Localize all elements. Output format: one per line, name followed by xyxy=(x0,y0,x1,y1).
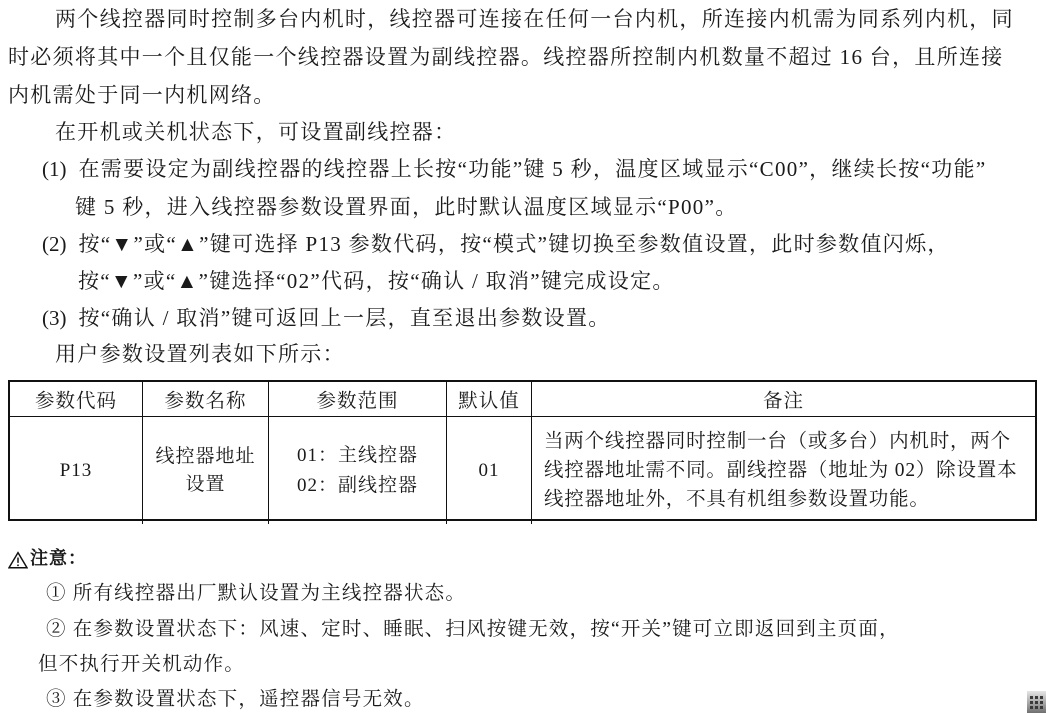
cell-range-text: 01：主线控器 02：副线控器 xyxy=(297,441,418,501)
note-item-1: ① 所有线控器出厂默认设置为主线控器状态。 xyxy=(46,581,466,607)
notice-header: 注意： xyxy=(8,545,87,571)
header-cell-default: 默认值 xyxy=(447,382,532,417)
cell-default: 01 xyxy=(447,417,532,524)
cell-range-line-2: 02：副线控器 xyxy=(297,471,418,501)
grip-dots-icon[interactable] xyxy=(1027,691,1046,713)
intro-line-3: 内机需处于同一内机网络。 xyxy=(8,82,276,108)
note-item-2-continuation: 但不执行开关机动作。 xyxy=(38,652,245,678)
header-cell-remark: 备注 xyxy=(532,382,1035,417)
step-3-text: 按“确认 / 取消”键可返回上一层，直至退出参数设置。 xyxy=(79,306,611,330)
header-cell-range: 参数范围 xyxy=(269,382,447,417)
header-cell-name: 参数名称 xyxy=(143,382,269,417)
step-2-text: 按“▼”或“▲”键可选择 P13 参数代码，按“模式”键切换至参数值设置，此时参… xyxy=(79,232,950,256)
step-2-line-2: 按“▼”或“▲”键选择“02”代码，按“确认 / 取消”键完成设定。 xyxy=(78,268,675,294)
cell-range: 01：主线控器 02：副线控器 xyxy=(269,417,447,524)
table-intro: 用户参数设置列表如下所示： xyxy=(55,341,345,367)
cell-range-line-1: 01：主线控器 xyxy=(297,441,418,471)
notice-label: 注意： xyxy=(30,545,87,571)
subheading: 在开机或关机状态下，可设置副线控器： xyxy=(55,119,456,145)
manual-page: { "intro": { "line1": "两个线控器同时控制多台内机时，线控… xyxy=(0,0,1046,713)
note-item-2: ② 在参数设置状态下：风速、定时、睡眠、扫风按键无效，按“开关”键可立即返回到主… xyxy=(46,617,900,643)
cell-name-line-1: 线控器地址 xyxy=(155,443,255,471)
step-1-text: 在需要设定为副线控器的线控器上长按“功能”键 5 秒，温度区域显示“C00”，继… xyxy=(79,157,987,181)
step-1-line-2: 键 5 秒，进入线控器参数设置界面，此时默认温度区域显示“P00”。 xyxy=(75,194,738,220)
cell-code: P13 xyxy=(10,417,143,524)
step-1-number: (1) xyxy=(42,156,67,182)
header-cell-code: 参数代码 xyxy=(10,382,143,417)
cell-name-text: 线控器地址 设置 xyxy=(155,443,255,499)
note-item-3: ③ 在参数设置状态下，遥控器信号无效。 xyxy=(46,687,425,713)
cell-name: 线控器地址 设置 xyxy=(143,417,269,524)
cell-name-line-2: 设置 xyxy=(155,471,255,499)
step-1-line-1: (1)在需要设定为副线控器的线控器上长按“功能”键 5 秒，温度区域显示“C00… xyxy=(42,156,987,182)
intro-line-2: 时必须将其中一个且仅能一个线控器设置为副线控器。线控器所控制内机数量不超过 16… xyxy=(8,44,1004,70)
intro-line-1: 两个线控器同时控制多台内机时，线控器可连接在任何一台内机，所连接内机需为同系列内… xyxy=(55,6,1014,32)
step-3-line-1: (3)按“确认 / 取消”键可返回上一层，直至退出参数设置。 xyxy=(42,305,611,331)
step-2-number: (2) xyxy=(42,231,67,257)
step-2-line-1: (2)按“▼”或“▲”键可选择 P13 参数代码，按“模式”键切换至参数值设置，… xyxy=(42,231,950,257)
step-3-number: (3) xyxy=(42,305,67,331)
parameter-table: 参数代码 参数名称 参数范围 默认值 备注 P13 线控器地址 设置 01：主线… xyxy=(8,380,1037,521)
cell-remark: 当两个线控器同时控制一台（或多台）内机时，两个线控器地址需不同。副线控器（地址为… xyxy=(532,417,1035,524)
warning-triangle-icon xyxy=(8,549,28,567)
